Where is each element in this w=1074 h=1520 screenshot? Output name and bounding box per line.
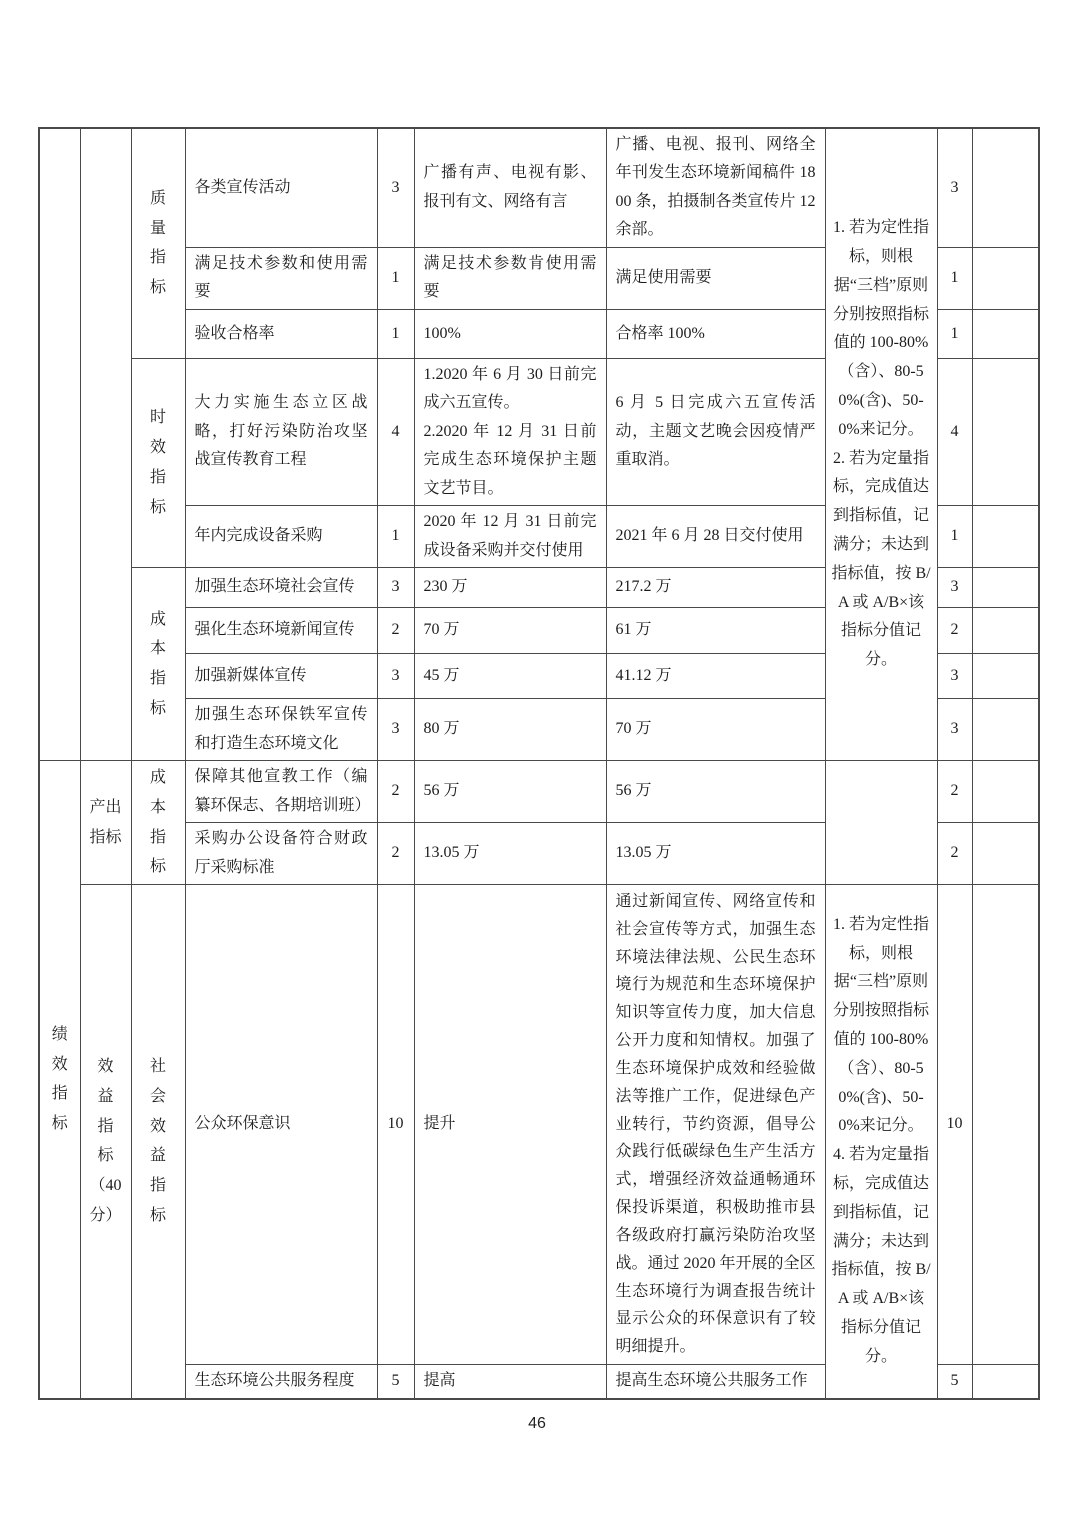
actual-cell: 217.2 万 bbox=[606, 568, 825, 608]
weight-cell: 3 bbox=[377, 568, 414, 608]
blank-end-cell bbox=[972, 654, 1039, 699]
score-cell: 5 bbox=[937, 1365, 972, 1399]
weight-cell: 4 bbox=[377, 358, 414, 505]
blank-end-cell bbox=[972, 1365, 1039, 1399]
score-cell: 3 bbox=[937, 699, 972, 761]
actual-cell: 合格率 100% bbox=[606, 309, 825, 358]
indicator-name-cell: 生态环境公共服务程度 bbox=[185, 1365, 377, 1399]
blank-end-cell bbox=[972, 128, 1039, 247]
level2-blank-cell bbox=[80, 128, 131, 761]
target-cell: 100% bbox=[414, 309, 606, 358]
blank-end-cell bbox=[972, 699, 1039, 761]
target-cell: 230 万 bbox=[414, 568, 606, 608]
group-label-social-benefit: 社 会 效 益 指 标 bbox=[131, 885, 185, 1399]
blank-end-cell bbox=[972, 309, 1039, 358]
blank-end-cell bbox=[972, 506, 1039, 568]
indicator-name-cell: 大力实施生态立区战略，打好污染防治攻坚战宣传教育工程 bbox=[185, 358, 377, 505]
score-cell: 2 bbox=[937, 823, 972, 885]
weight-cell: 2 bbox=[377, 761, 414, 823]
indicator-name-cell: 采购办公设备符合财政厅采购标准 bbox=[185, 823, 377, 885]
target-cell: 提升 bbox=[414, 885, 606, 1365]
group-label-benefit: 效 益 指 标 （40 分） bbox=[80, 885, 131, 1399]
target-cell: 80 万 bbox=[414, 699, 606, 761]
indicator-name-cell: 加强生态环保铁军宣传和打造生态环境文化 bbox=[185, 699, 377, 761]
blank-end-cell bbox=[972, 247, 1039, 309]
weight-cell: 2 bbox=[377, 608, 414, 654]
weight-cell: 10 bbox=[377, 885, 414, 1365]
score-cell: 2 bbox=[937, 608, 972, 654]
actual-cell: 70 万 bbox=[606, 699, 825, 761]
score-cell: 2 bbox=[937, 761, 972, 823]
target-cell: 满足技术参数肯使用需要 bbox=[414, 247, 606, 309]
indicator-name-cell: 公众环保意识 bbox=[185, 885, 377, 1365]
score-cell: 4 bbox=[937, 358, 972, 505]
actual-cell: 13.05 万 bbox=[606, 823, 825, 885]
weight-cell: 5 bbox=[377, 1365, 414, 1399]
blank-end-cell bbox=[972, 823, 1039, 885]
table-row: 效 益 指 标 （40 分） 社 会 效 益 指 标 公众环保意识 10 提升 … bbox=[39, 885, 1039, 1365]
weight-cell: 3 bbox=[377, 654, 414, 699]
target-cell: 广播有声、电视有影、报刊有文、网络有言 bbox=[414, 128, 606, 247]
target-cell: 45 万 bbox=[414, 654, 606, 699]
blank-end-cell bbox=[972, 885, 1039, 1365]
score-cell: 1 bbox=[937, 506, 972, 568]
actual-cell: 41.12 万 bbox=[606, 654, 825, 699]
weight-cell: 1 bbox=[377, 506, 414, 568]
target-cell: 1.2020 年 6 月 30 日前完成六五宣传。 2.2020 年 12 月 … bbox=[414, 358, 606, 505]
indicator-name-cell: 年内完成设备采购 bbox=[185, 506, 377, 568]
target-cell: 13.05 万 bbox=[414, 823, 606, 885]
performance-indicator-table: 质 量 指 标 各类宣传活动 3 广播有声、电视有影、报刊有文、网络有言 广播、… bbox=[38, 127, 1040, 1400]
group-label-timeliness: 时 效 指 标 bbox=[131, 358, 185, 567]
level1-blank-cell bbox=[39, 128, 80, 761]
score-cell: 10 bbox=[937, 885, 972, 1365]
blank-end-cell bbox=[972, 761, 1039, 823]
actual-cell: 通过新闻宣传、网络宣传和社会宣传等方式，加强生态环境法律法规、公民生态环境行为规… bbox=[606, 885, 825, 1365]
blank-end-cell bbox=[972, 608, 1039, 654]
scoring-rules-cell-bottom: 1. 若为定性指标，则根据“三档”原则分别按照指标值的 100-80%（含）、8… bbox=[825, 885, 937, 1399]
group-label-cost-output: 成 本 指 标 bbox=[131, 761, 185, 885]
actual-cell: 56 万 bbox=[606, 761, 825, 823]
score-cell: 3 bbox=[937, 654, 972, 699]
blank-end-cell bbox=[972, 358, 1039, 505]
indicator-name-cell: 验收合格率 bbox=[185, 309, 377, 358]
weight-cell: 1 bbox=[377, 309, 414, 358]
scoring-rules-cell-top: 1. 若为定性指标，则根据“三档”原则分别按照指标值的 100-80%（含）、8… bbox=[825, 128, 937, 761]
actual-cell: 6 月 5 日完成六五宣传活动，主题文艺晚会因疫情严重取消。 bbox=[606, 358, 825, 505]
actual-cell: 2021 年 6 月 28 日交付使用 bbox=[606, 506, 825, 568]
actual-cell: 提高生态环境公共服务工作 bbox=[606, 1365, 825, 1399]
group-label-quality: 质 量 指 标 bbox=[131, 128, 185, 358]
indicator-name-cell: 加强新媒体宣传 bbox=[185, 654, 377, 699]
target-cell: 2020 年 12 月 31 日前完成设备采购并交付使用 bbox=[414, 506, 606, 568]
actual-cell: 广播、电视、报刊、网络全年刊发生态环境新闻稿件 1800 条，拍摄制各类宣传片 … bbox=[606, 128, 825, 247]
group-label-output: 产出 指标 bbox=[80, 761, 131, 885]
table-row: 质 量 指 标 各类宣传活动 3 广播有声、电视有影、报刊有文、网络有言 广播、… bbox=[39, 128, 1039, 247]
table-row: 绩 效 指 标 产出 指标 成 本 指 标 保障其他宣教工作（编纂环保志、各期培… bbox=[39, 761, 1039, 823]
indicator-name-cell: 满足技术参数和使用需要 bbox=[185, 247, 377, 309]
weight-cell: 1 bbox=[377, 247, 414, 309]
actual-cell: 满足使用需要 bbox=[606, 247, 825, 309]
group-label-performance: 绩 效 指 标 bbox=[39, 761, 80, 1399]
weight-cell: 3 bbox=[377, 128, 414, 247]
score-cell: 1 bbox=[937, 247, 972, 309]
score-cell: 3 bbox=[937, 128, 972, 247]
score-cell: 3 bbox=[937, 568, 972, 608]
weight-cell: 3 bbox=[377, 699, 414, 761]
score-cell: 1 bbox=[937, 309, 972, 358]
target-cell: 56 万 bbox=[414, 761, 606, 823]
indicator-name-cell: 保障其他宣教工作（编纂环保志、各期培训班） bbox=[185, 761, 377, 823]
indicator-name-cell: 强化生态环境新闻宣传 bbox=[185, 608, 377, 654]
group-label-cost-top: 成 本 指 标 bbox=[131, 568, 185, 761]
indicator-name-cell: 加强生态环境社会宣传 bbox=[185, 568, 377, 608]
target-cell: 提高 bbox=[414, 1365, 606, 1399]
actual-cell: 61 万 bbox=[606, 608, 825, 654]
page-number: 46 bbox=[0, 1415, 1074, 1433]
indicator-name-cell: 各类宣传活动 bbox=[185, 128, 377, 247]
scoring-rules-blank-cell bbox=[825, 761, 937, 885]
weight-cell: 2 bbox=[377, 823, 414, 885]
target-cell: 70 万 bbox=[414, 608, 606, 654]
blank-end-cell bbox=[972, 568, 1039, 608]
document-page: 质 量 指 标 各类宣传活动 3 广播有声、电视有影、报刊有文、网络有言 广播、… bbox=[0, 0, 1074, 1520]
